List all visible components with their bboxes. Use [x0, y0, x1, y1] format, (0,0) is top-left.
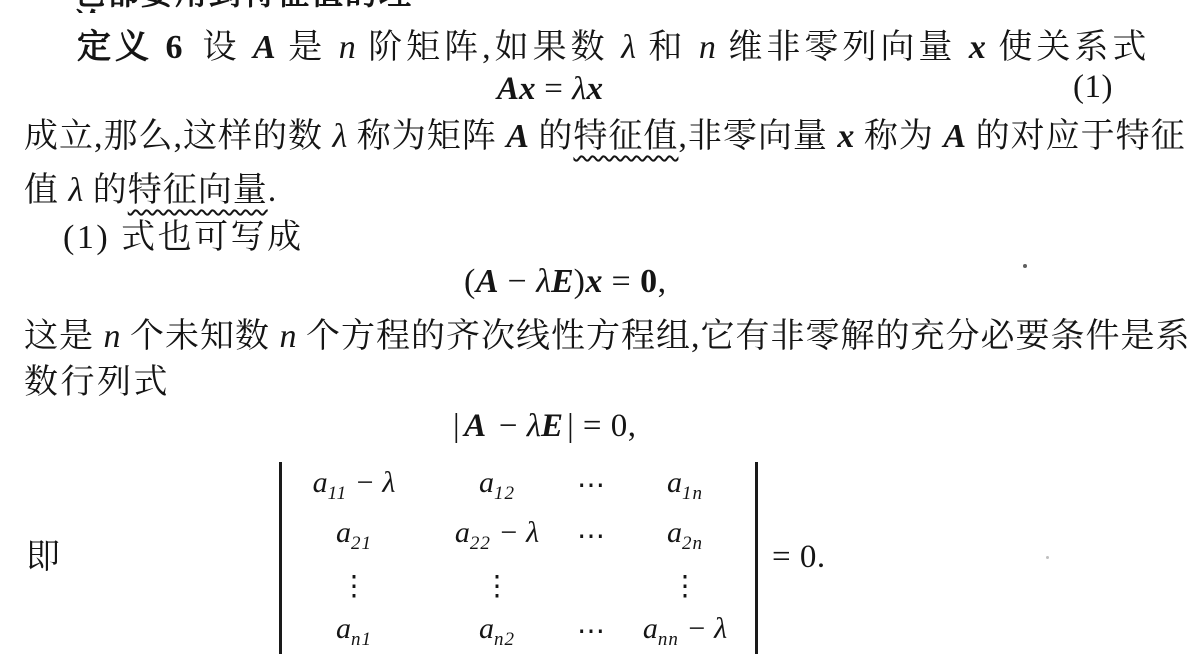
equation-1-number: (1) [1073, 71, 1113, 104]
lambda-symbol: λ [536, 263, 551, 300]
identity-E-symbol: E [541, 408, 563, 444]
definition-text: 是 [276, 29, 339, 66]
definition-text: 阶矩阵,如果数 [356, 29, 622, 66]
comma: , [658, 263, 667, 300]
n-symbol: n [280, 318, 297, 355]
det-cell-r4c2: an2 [479, 612, 515, 651]
definition-text: 使关系式 [986, 29, 1151, 66]
det-cell-r4c3-cdots: ⋯ [577, 614, 605, 648]
definition-term: 定义 6 [77, 29, 187, 66]
rewrite-line: (1) 式也可写成 [63, 221, 304, 255]
definition-text: 维非零列向量 [716, 29, 969, 66]
det-cell-r1c1: a11 − λ [313, 466, 396, 505]
body-text: 成立,那么,这样的数 [24, 118, 333, 155]
matrix-A-symbol: A [464, 408, 486, 444]
homogeneous-line-1: 这是 n 个未知数 n 个方程的齐次线性方程组,它有非零解的充分必要条件是系 [24, 320, 1190, 354]
term-eigenvalue: 特征值 [573, 118, 678, 155]
n-symbol: n [104, 318, 121, 355]
vector-x-symbol: x [586, 71, 603, 107]
matrix-A-symbol: A [253, 29, 276, 66]
det-cell-r4c4: ann − λ [643, 612, 727, 651]
definition-line-2: 成立,那么,这样的数 λ 称为矩阵 A 的特征值,非零向量 x 称为 A 的对应… [24, 120, 1186, 154]
minus-sign: − [499, 263, 537, 300]
det-cell-r2c1: a21 [336, 516, 372, 555]
matrix-A-symbol: A [506, 118, 529, 155]
body-text: 称为矩阵 [347, 118, 506, 155]
scan-speck [1023, 264, 1027, 268]
body-text: 的 [529, 118, 574, 155]
scanned-textbook-page: 也都要用到特征值的理论. 定义 6设 A 是 n 阶矩阵,如果数 λ 和 n 维… [0, 0, 1190, 666]
determinant-matrix: a11 − λ a12 ⋯ a1n a21 a22 − λ ⋯ a2n ⋮ ⋮ … [281, 462, 755, 654]
equation-3: |A − λE| = 0, [453, 410, 637, 443]
body-text: 的 [83, 172, 128, 209]
equals-zero: = 0, [574, 408, 636, 444]
definition-line-3: 值 λ 的特征向量. [24, 174, 277, 208]
vector-x-symbol: x [585, 263, 602, 300]
definition-text: 和 [636, 29, 699, 66]
body-text: 称为 [854, 118, 943, 155]
matrix-A-symbol: A [476, 263, 499, 300]
determinant-right-bar [755, 462, 758, 654]
det-cell-r4c1: an1 [336, 612, 372, 651]
equals-sign: = [536, 71, 573, 107]
term-eigenvector: 特征向量 [128, 172, 268, 209]
vector-x-symbol: x [837, 118, 854, 155]
det-cell-r1c3-cdots: ⋯ [577, 468, 605, 502]
lambda-symbol: λ [527, 408, 541, 444]
n-symbol: n [339, 29, 356, 66]
zero-vector-symbol: 0 [640, 263, 658, 300]
equation-2: (A − λE)x = 0, [464, 265, 667, 299]
body-text: 这是 [24, 318, 104, 355]
determinant-bar: | [453, 408, 460, 444]
det-cell-r3c4-vdots: ⋮ [671, 569, 699, 603]
lambda-symbol: λ [69, 172, 84, 209]
determinant-label: 即 [26, 541, 61, 575]
lambda-symbol: λ [333, 118, 348, 155]
equals-sign: = [602, 263, 640, 300]
body-text: 个未知数 [121, 318, 280, 355]
minus-sign: − [490, 408, 527, 444]
identity-E-symbol: E [551, 263, 574, 300]
right-paren: ) [574, 263, 586, 300]
scan-speck [1046, 556, 1049, 559]
body-text: 值 [24, 172, 69, 209]
vector-x-symbol: x [519, 71, 536, 107]
matrix-A-symbol: A [497, 71, 519, 107]
homogeneous-line-2: 数行列式 [24, 366, 170, 400]
det-cell-r2c2: a22 − λ [455, 516, 539, 555]
det-cell-r1c2: a12 [479, 466, 515, 505]
vector-x-symbol: x [969, 29, 986, 66]
n-symbol: n [699, 29, 716, 66]
determinant-rhs: = 0. [772, 541, 826, 574]
body-text: . [268, 172, 278, 209]
body-text: 个方程的齐次线性方程组,它有非零解的充分必要条件是系 [297, 318, 1190, 355]
det-cell-r3c1-vdots: ⋮ [340, 569, 368, 603]
equation-1: Ax = λx [497, 73, 603, 106]
left-paren: ( [464, 263, 476, 300]
body-text: ,非零向量 [678, 118, 837, 155]
det-cell-r1c4: a1n [667, 466, 703, 505]
lambda-symbol: λ [621, 29, 636, 66]
det-cell-r3c2-vdots: ⋮ [483, 569, 511, 603]
body-text: 的对应于特征 [966, 118, 1186, 155]
lambda-symbol: λ [572, 71, 586, 107]
det-cell-r2c4: a2n [667, 516, 703, 555]
cropped-top-line-text: 也都要用到特征值的理论. [73, 0, 443, 13]
matrix-A-symbol: A [943, 118, 966, 155]
definition-text: 设 [203, 29, 254, 66]
det-cell-r2c3-cdots: ⋯ [577, 519, 605, 553]
cropped-top-line: 也都要用到特征值的理论. [73, 0, 443, 13]
definition-line-1: 定义 6设 A 是 n 阶矩阵,如果数 λ 和 n 维非零列向量 x 使关系式 [77, 31, 1150, 65]
